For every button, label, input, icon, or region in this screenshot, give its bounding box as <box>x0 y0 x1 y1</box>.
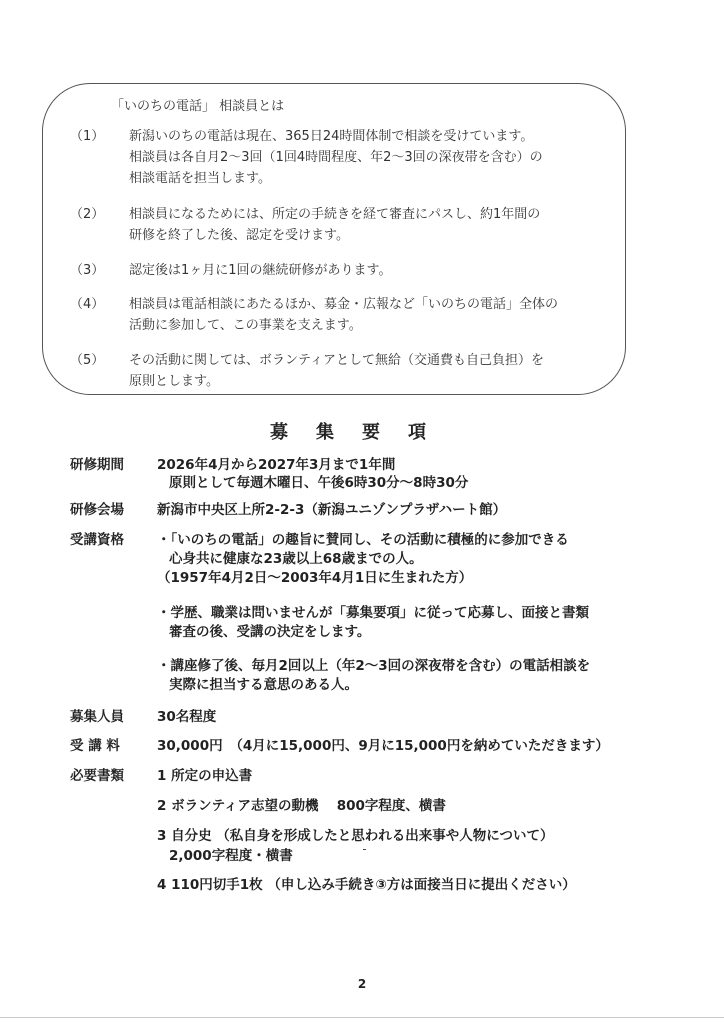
row-value: 実際に担当する意思のある人。 <box>157 676 358 695</box>
row-value: 新潟市中央区上所2-2-3（新潟ユニゾンプラザハート館） <box>157 501 506 520</box>
row-value: 1 所定の申込書 <box>157 767 252 786</box>
row-label: 研修会場 <box>70 501 150 520</box>
row-value: 3 自分史 （私自身を形成したと思われる出来事や人物について） <box>157 827 554 846</box>
item-line: 研修を終了した後、認定を受けます。 <box>129 225 629 246</box>
item-line: 新潟いのちの電話は現在、365日24時間体制で相談を受けています。 <box>129 126 629 147</box>
section-heading: 募集要項 <box>0 418 724 444</box>
row-value: 30,000円 （4月に15,000円、9月に15,000円を納めていただきます… <box>157 737 609 756</box>
item-line: 相談員になるためには、所定の手続きを経て審査にパスし、約1年間の <box>129 204 629 225</box>
row-value: ・講座修了後、毎月2回以上（年2～3回の深夜帯を含む）の電話相談を <box>157 657 590 676</box>
row-label: 受講資格 <box>70 531 150 550</box>
item-line: その活動に関しては、ボランティアとして無給（交通費も自己負担）を <box>129 350 629 371</box>
row-value: 2,000字程度・横書 <box>157 847 293 866</box>
item-line: 認定後は1ヶ月に1回の継続研修があります。 <box>129 260 629 281</box>
row-value: 4 110円切手1枚 （申し込み手続き③方は面接当日に提出ください） <box>157 876 576 895</box>
item-line: 原則とします。 <box>129 371 629 392</box>
row-value: 審査の後、受講の決定をします。 <box>157 623 370 642</box>
row-value: 原則として毎週木曜日、午後6時30分～8時30分 <box>157 474 468 493</box>
item-line: 相談電話を担当します。 <box>129 168 629 189</box>
item-number: （5） <box>70 350 110 371</box>
item-line: 活動に参加して、この事業を支えます。 <box>129 315 629 336</box>
item-number: （3） <box>70 260 110 281</box>
item-number: （4） <box>70 294 110 315</box>
box-title: 「いのちの電話」 相談員とは <box>111 95 284 114</box>
item-number: （1） <box>70 126 110 147</box>
row-value: 30名程度 <box>157 708 216 727</box>
row-value: ・学歴、職業は問いませんが「募集要項」に従って応募し、面接と書類 <box>157 604 589 623</box>
item-number: （2） <box>70 204 110 225</box>
row-label: 受 講 料 <box>70 737 150 756</box>
row-label: 募集人員 <box>70 708 150 727</box>
page-number: 2 <box>0 977 724 991</box>
scan-speck <box>363 849 366 850</box>
item-line: 相談員は電話相談にあたるほか、募金・広報など「いのちの電話」全体の <box>129 294 629 315</box>
row-value: ・「いのちの電話」の趣旨に賛同し、その活動に積極的に参加できる <box>157 531 569 550</box>
item-line: 相談員は各自月2～3回（1回4時間程度、年2～3回の深夜帯を含む）の <box>129 147 629 168</box>
row-value: 心身共に健康な23歳以上68歳までの人。 <box>157 550 423 569</box>
scan-edge-line <box>0 1017 724 1018</box>
row-label: 必要書類 <box>70 767 150 786</box>
row-value: （1957年4月2日～2003年4月1日に生まれた方） <box>157 569 472 588</box>
row-label: 研修期間 <box>70 456 150 475</box>
row-value: 2 ボランティア志望の動機 800字程度、横書 <box>157 797 446 816</box>
row-value: 2026年4月から2027年3月まで1年間 <box>157 456 395 475</box>
